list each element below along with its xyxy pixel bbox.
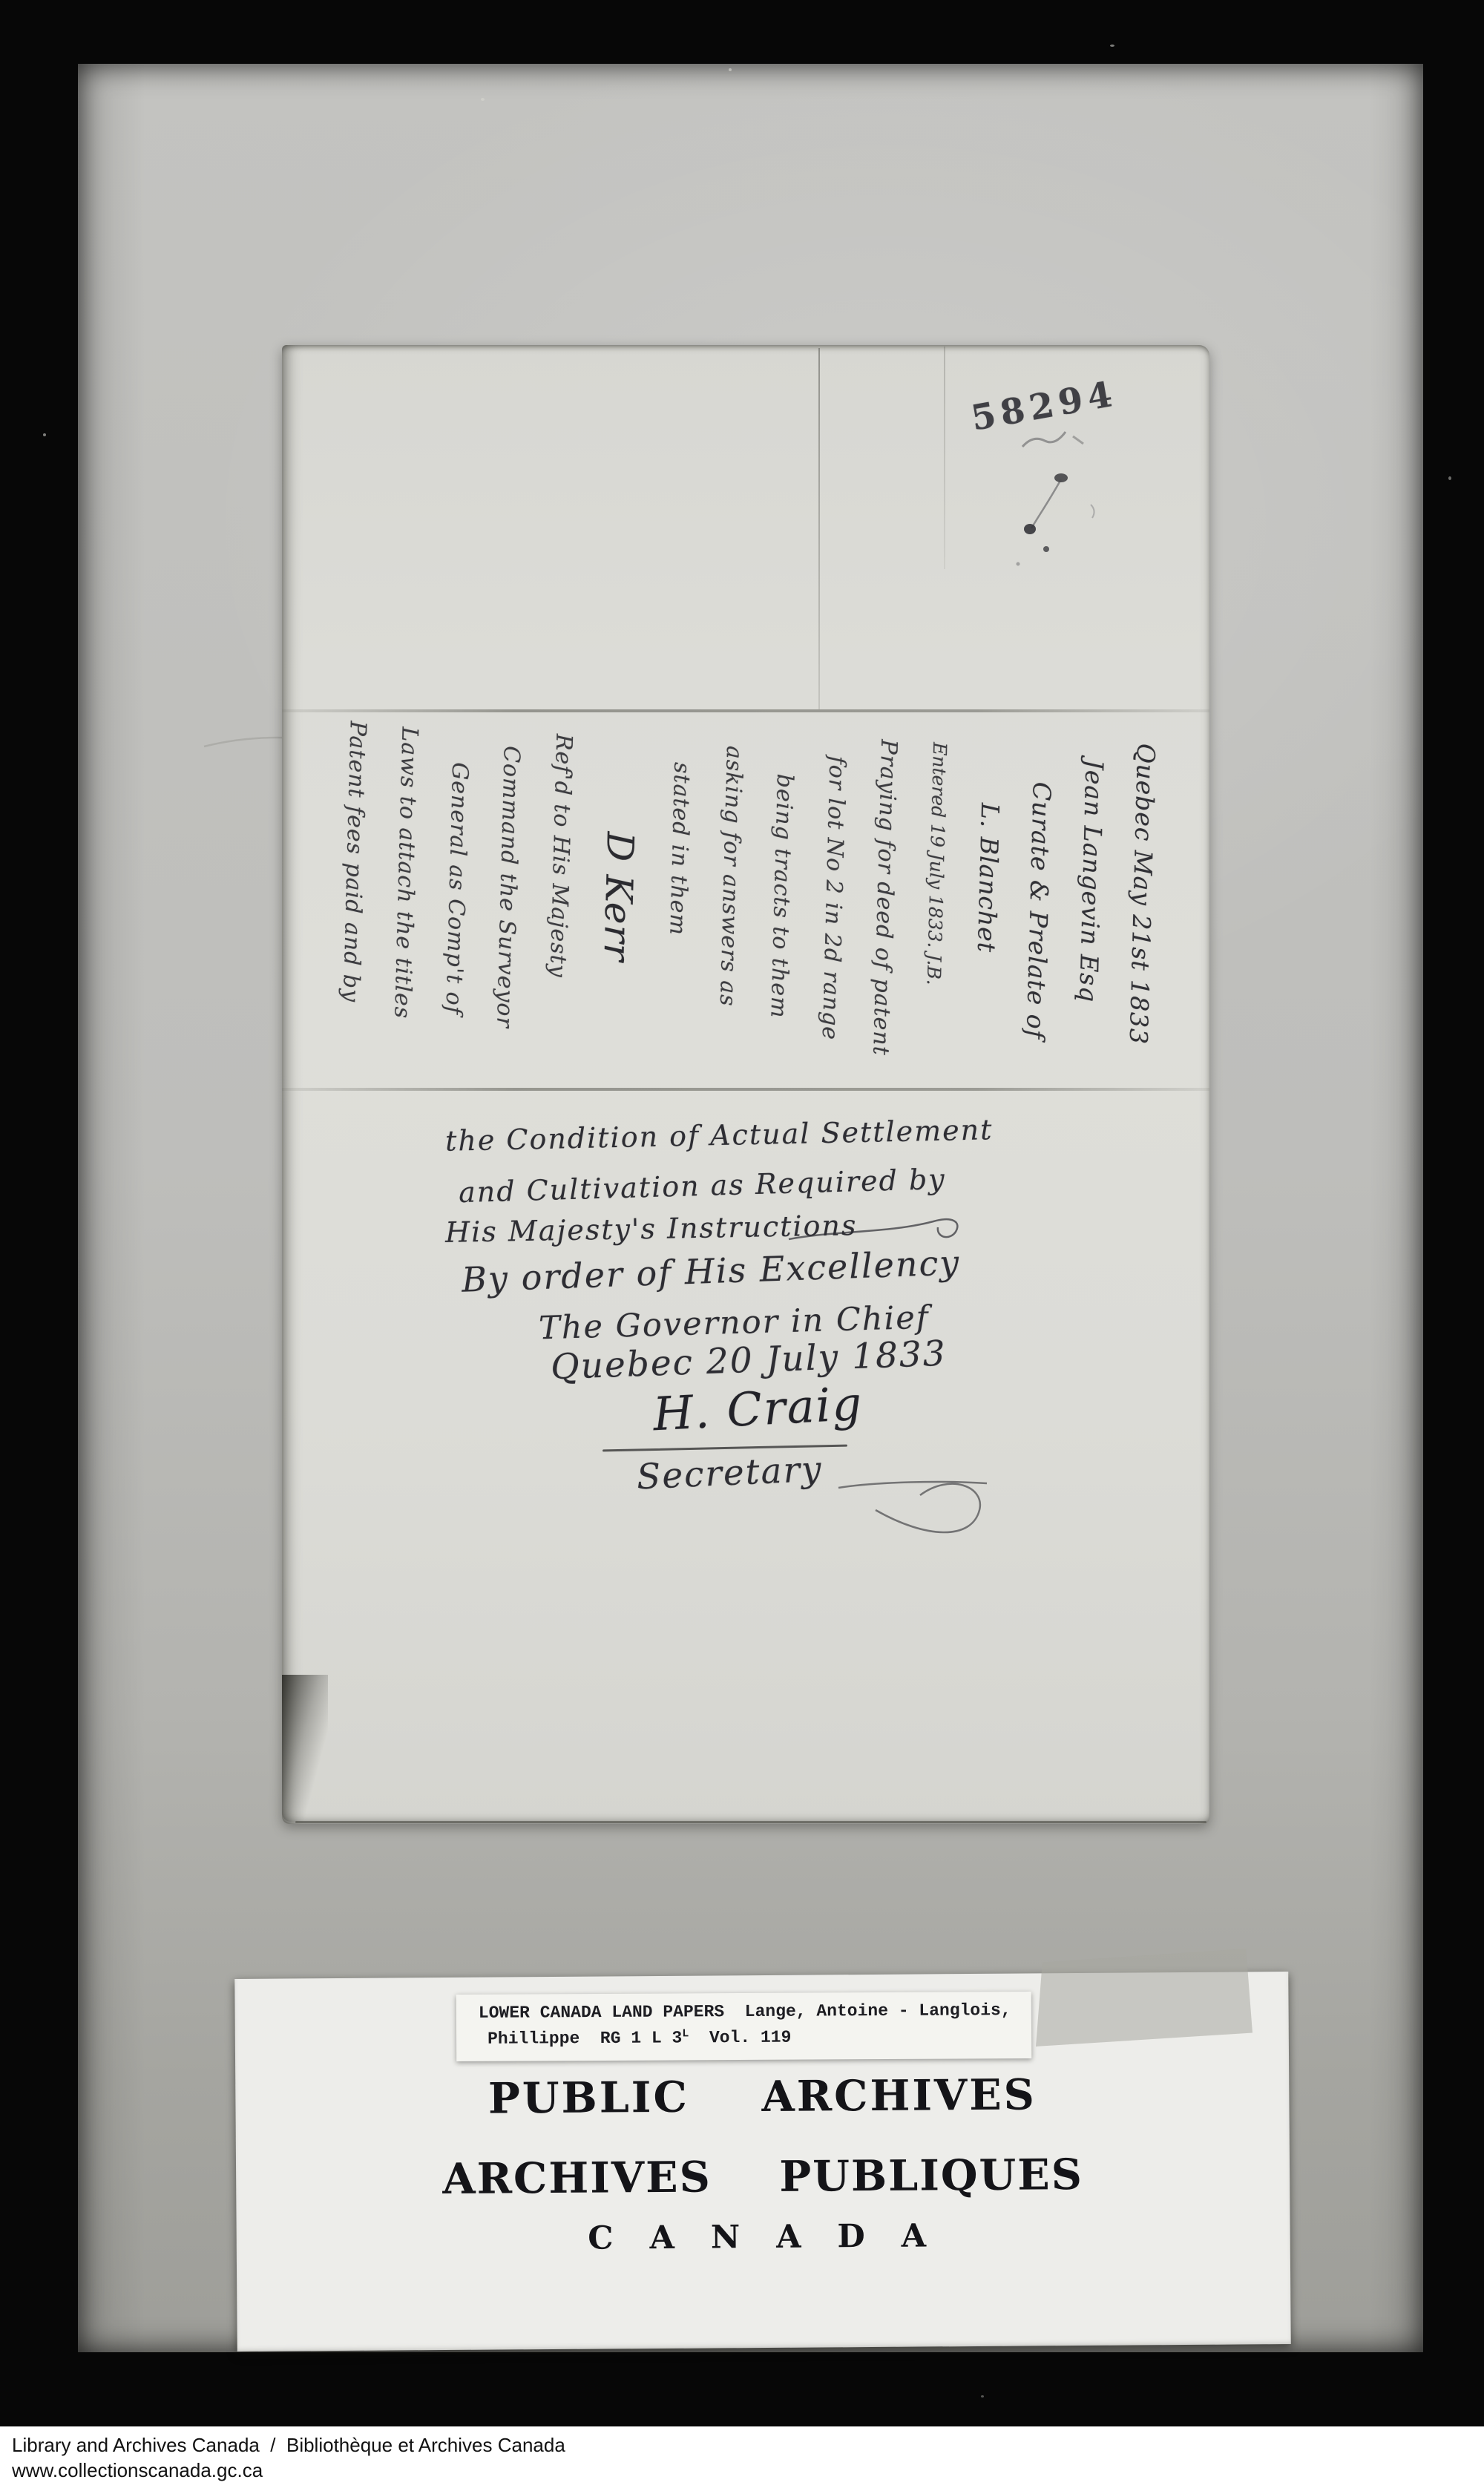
dust-speck [729,68,732,71]
document-bottom-edge [295,1821,1206,1823]
footer-website: www.collectionscanada.gc.ca [12,2459,263,2482]
docket-line: Curate & Prelate of [1011,781,1066,1080]
docket-line-entered: Entered 19 July 1833. J.B. [908,741,963,1077]
footer-bar: Library and Archives Canada / Bibliothèq… [0,2426,1484,2491]
docket-rotated-text: Quebec May 21st 1833 Jean Langevin Esq C… [326,721,1169,1083]
reference-label-line-2: Phillippe RG 1 L 3L Vol. 119 [487,2027,791,2049]
vertical-crease-faint [944,347,945,569]
fold-line-upper [282,709,1209,712]
dust-speck [981,2395,984,2398]
docket-line: Ref'd to His Majesty [531,733,586,1068]
card-title-canada: C A N A D A [237,2215,1290,2259]
docket-line: asking for answers as [702,745,756,1072]
folded-letter-document [282,345,1209,1824]
reference-label-line-1: LOWER CANADA LAND PAPERS Lange, Antoine … [479,2001,1011,2023]
card-title-french: ARCHIVES PUBLIQUES [236,2148,1290,2205]
vertical-crease [818,348,820,709]
docket-line: being tracts to them [754,773,808,1074]
tape-piece [1036,1949,1252,2047]
reference-label-volume: Vol. 119 [689,2028,791,2048]
docket-line: Patent fees paid and by [326,721,381,1063]
docket-line: Praying for deed of patent [856,739,911,1077]
fold-line-lower [282,1088,1209,1091]
dust-speck [43,433,46,436]
docket-line: for lot No 2 in 2d range [805,755,859,1075]
reference-label-line-2-text: Phillippe RG 1 L 3 [487,2028,682,2048]
docket-line: stated in them [651,761,705,1071]
docket-line: Quebec May 21st 1833 [1114,743,1169,1083]
secretary-signature: H. Craig [651,1376,864,1442]
docket-line: Command the Surveyor [480,745,534,1066]
reference-label-superscript: L [682,2027,689,2040]
dust-speck [481,98,485,101]
docket-line: Jean Langevin Esq [1063,759,1117,1082]
dust-speck [1110,45,1114,47]
docket-line: General as Comp't of [429,761,483,1065]
docket-line: Laws to attach the titles [377,726,432,1064]
dust-speck [1448,476,1451,480]
curled-corner-shadow [282,1675,328,1822]
docket-signature: D Kerr [583,831,651,1070]
docket-line: L. Blanchet [959,802,1013,1079]
footer-attribution: Library and Archives Canada / Bibliothèq… [12,2434,565,2457]
archival-scan-page: 58294 Quebec May 21st 1833 Jean Langevin… [0,0,1484,2491]
card-title-english: PUBLIC ARCHIVES [235,2068,1289,2125]
signature-title: Secretary [636,1449,824,1498]
reference-label-strip: LOWER CANADA LAND PAPERS Lange, Antoine … [456,1992,1031,2061]
